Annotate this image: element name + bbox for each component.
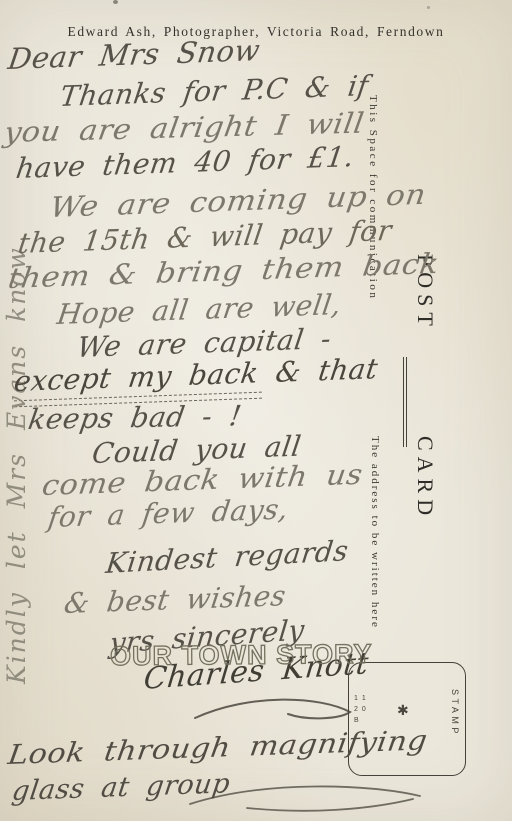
handwritten-line: Kindest regards xyxy=(104,534,350,580)
signature-flourish xyxy=(190,688,370,728)
closing-flourish xyxy=(185,778,430,816)
left-margin-note: Kindly let Mrs Evans know xyxy=(2,124,34,684)
paper-speck xyxy=(113,0,118,4)
postcard-divider-line xyxy=(403,357,407,447)
postcard-scan: Edward Ash, Photographer, Victoria Road,… xyxy=(0,0,512,821)
handwritten-line: & best wishes xyxy=(62,579,288,620)
stamp-label: STAMP xyxy=(450,689,460,737)
watermark-text: OUR TOWN STORY xyxy=(110,639,373,672)
handwritten-line: except my back & that xyxy=(12,352,380,398)
star-icon: ✱ xyxy=(397,703,409,720)
handwritten-line: keeps bad - ! xyxy=(26,399,244,436)
card-word: CARD xyxy=(412,436,438,568)
handwritten-line: Thanks for P.C & if xyxy=(58,69,371,113)
address-here-label: The address to be written here xyxy=(369,436,381,648)
paper-speck xyxy=(427,6,430,9)
